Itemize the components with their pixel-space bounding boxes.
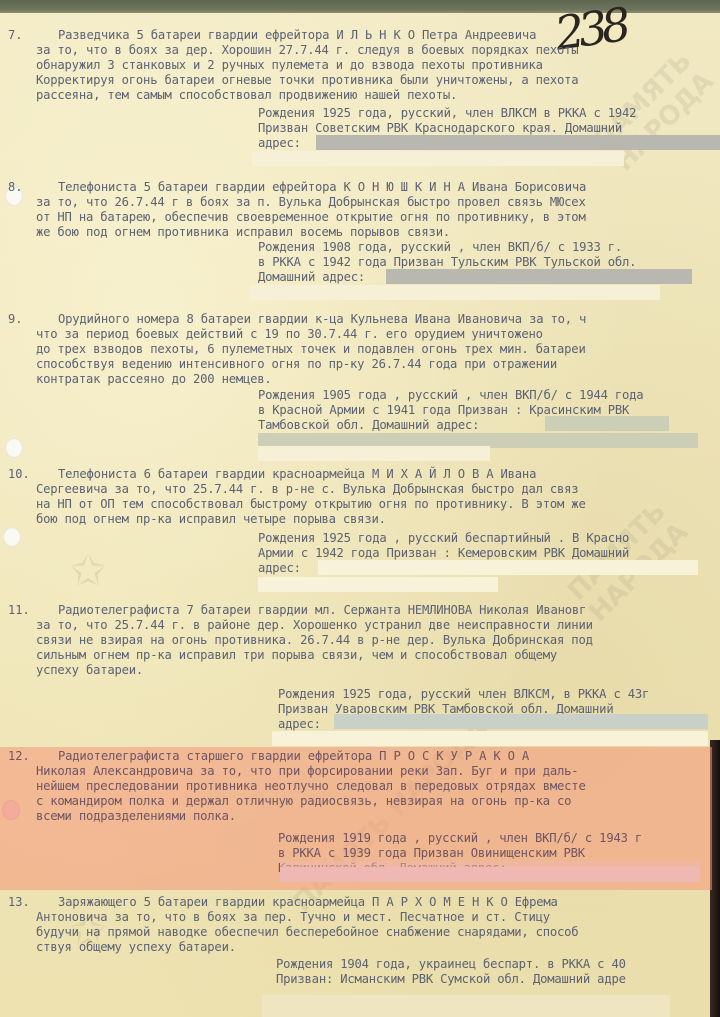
entry-text-line: будучи на прямой наводке обеспечил беспе… [36,925,578,939]
entry-text-line: Сергеевича за то, что 25.7.44 г. в р-не … [36,482,578,496]
star-watermark-icon: ✩ [70,530,106,600]
entry-text-line: рассеяна, тем самым способствовал продви… [36,88,457,102]
redacted-address [545,416,669,431]
bio-line: Рождения 1908 года, русский , член ВКП/б… [258,240,622,254]
redacted-address [318,560,698,575]
entry-text-line: сильным огнем пр-ка исправил три порыва … [36,648,557,662]
punch-hole [3,527,21,547]
entry-text-line: успеху батареи. [36,663,143,677]
redacted-address [316,135,720,150]
entry-text-line: нейшем преследовании противника неотлучн… [36,779,586,793]
entry-text-line: Радиотелеграфиста 7 батареи гвардии мл. … [58,603,586,617]
entry-text-line: Разведчика 5 батареи гвардии ефрейтора И… [58,28,536,42]
bio-line: Призван: Исманским РВК Сумской обл. Дома… [276,972,626,986]
entry-text-line: от НП на батарею, обеспечив своевременно… [36,210,586,224]
entry-text-line: всеми подразделениями полка. [36,809,236,823]
redacted-address [262,995,670,1017]
bio-line: Домашний адрес: [258,270,365,284]
entry-text-line: за то, что в боях за дер. Хорошин 27.7.4… [36,43,578,57]
entry-text-line: связи не взирая на огонь противника. 26.… [36,633,593,647]
entry-number: 12. [8,749,30,763]
redacted-address [250,285,660,300]
entry-text-line: же бою под огнем противника исправил вос… [36,225,450,239]
redacted-address [334,714,708,729]
redacted-address [280,867,700,882]
entry-text-line: обнаружил 3 станковых и 2 ручных пулемет… [36,58,543,72]
entry-text-line: контратак рассеяно до 200 немцев. [36,372,272,386]
entry-number: 9. [8,312,22,326]
entry-text-line: на НП от ОП тем способствовал быстрому о… [36,497,586,511]
redacted-address [258,577,498,592]
entry-text-line: Николая Александровича за то, что при фо… [36,764,578,778]
bio-line: Рождения 1905 года , русский , член ВКП/… [258,388,643,402]
bio-line: Рождения 1925 года, русский член ВЛКСМ, … [278,687,649,701]
redacted-address [386,269,692,284]
entry-text-line: ствуя общему успеху батареи. [36,940,236,954]
bio-line: Армии с 1942 года Призван : Кемеровским … [258,546,629,560]
bio-line: в РККА с 1942 года Призван Тульским РВК … [258,255,636,269]
entry-text-line: с командиром полка и держал отличную рад… [36,794,571,808]
entry-text-line: Корректируя огонь батареи огневые точки … [36,73,578,87]
entry-number: 7. [8,28,22,42]
entry-text-line: Телефониста 5 батареи гвардии ефрейтора … [58,180,586,194]
entry-text-line: Радиотелеграфиста старшего гвардии ефрей… [58,749,529,763]
bio-line: Рождения 1919 года , русский , член ВКП/… [278,831,642,845]
redacted-address [258,446,490,461]
entry-text-line: Антоновича за то, что в боях за пер. Туч… [36,910,550,924]
entry-text-line: за то, что 25.7.44 г. в районе дер. Хоро… [36,618,593,632]
entry-text-line: бою под огнем пр-ка исправил четыре поры… [36,512,386,526]
bio-line: адрес: [278,717,321,731]
bio-line: адрес: [258,561,301,575]
entry-text-line: что за период боевых действий с 19 по 30… [36,327,543,341]
entry-text-line: способствуя ведению интенсивного огня по… [36,357,557,371]
entry-text-line: за то, что 26.7.44 г в боях за п. Вулька… [36,195,586,209]
entry-text-line: до трех взводов пехоты, 6 пулеметных точ… [36,342,586,356]
entry-number: 11. [8,603,30,617]
punch-hole [5,438,23,458]
entry-text-line: Орудийного номера 8 батареи гвардии к-ца… [58,312,586,326]
bio-line: Рождения 1904 года, украинец беспарт. в … [276,957,626,971]
bio-line: в Красной Армии с 1941 года Призван : Кр… [258,403,629,417]
bio-line: Тамбовской обл. Домашний адрес: [258,418,479,432]
bio-line: Призван Советским РВК Краснодарского кра… [258,121,622,135]
entry-number: 10. [8,467,30,481]
bio-line: в РККА с 1939 года Призван Овинищенским … [278,846,585,860]
redacted-address [272,731,708,746]
bio-line: Рождения 1925 года , русский беспартийны… [258,531,629,545]
bio-line: Рождения 1925 года, русский, член ВЛКСМ … [258,106,636,120]
entry-text-line: Заряжающего 5 батареи гвардии красноарме… [58,895,558,909]
entry-number: 8. [8,180,22,194]
redacted-address [252,151,624,166]
entry-number: 13. [8,895,30,909]
bio-line: адрес: [258,136,301,150]
entry-text-line: Телефониста 6 батареи гвардии красноарме… [58,467,536,481]
